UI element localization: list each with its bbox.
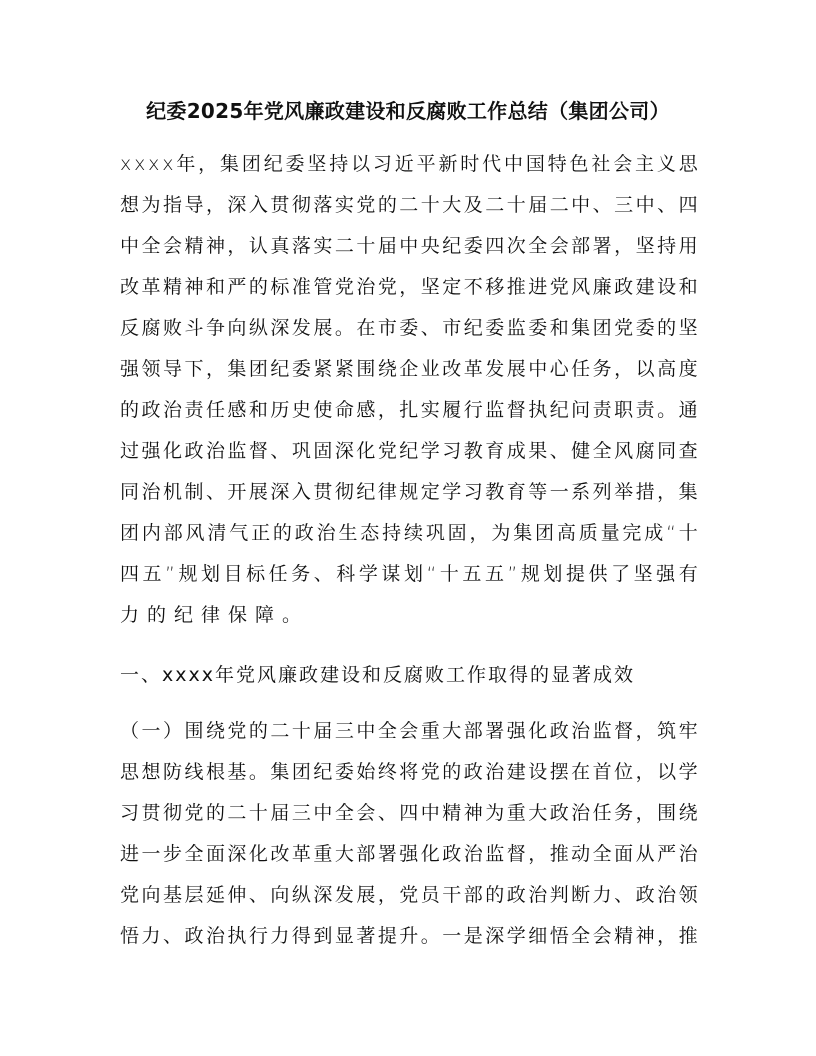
paragraph-line: 进一步全面深化改革重大部署强化政治监督，推动全面从严治 xyxy=(120,839,698,869)
document-title: 纪委2025年党风廉政建设和反腐败工作总结（集团公司） xyxy=(100,96,716,126)
paragraph-line: 思想防线根基。集团纪委始终将党的政治建设摆在首位，以学 xyxy=(120,757,698,787)
paragraph-line: 团内部风清气正的政治生态持续巩固，为集团高质量完成“十 xyxy=(120,518,698,548)
paragraph-line: 党向基层延伸、向纵深发展，党员干部的政治判断力、政治领 xyxy=(120,880,698,910)
paragraph-line: 想为指导，深入贯彻落实党的二十大及二十届二中、三中、四 xyxy=(120,190,698,220)
paragraph-line: 悟力、政治执行力得到显著提升。一是深学细悟全会精神，推 xyxy=(120,921,698,951)
paragraph-line: 四五”规划目标任务、科学谋划“十五五”规划提供了坚强有 xyxy=(120,559,698,589)
paragraph-line: 习贯彻党的二十届三中全会、四中精神为重大政治任务，围绕 xyxy=(120,798,698,828)
document-page: 纪委2025年党风廉政建设和反腐败工作总结（集团公司） xxxx年，集团纪委坚持… xyxy=(0,0,816,1056)
paragraph-line: 强领导下，集团纪委紧紧围绕企业改革发展中心任务，以高度 xyxy=(120,354,698,384)
paragraph-line: xxxx年，集团纪委坚持以习近平新时代中国特色社会主义思 xyxy=(120,149,698,179)
paragraph-line: 同治机制、开展深入贯彻纪律规定学习教育等一系列举措，集 xyxy=(120,477,698,507)
paragraph-line: 反腐败斗争向纵深发展。在市委、市纪委监委和集团党委的坚 xyxy=(120,313,698,343)
paragraph-line: 改革精神和严的标准管党治党，坚定不移推进党风廉政建设和 xyxy=(120,272,698,302)
paragraph-line: 的政治责任感和历史使命感，扎实履行监督执纪问责职责。通 xyxy=(120,395,698,425)
paragraph-line: 过强化政治监督、巩固深化党纪学习教育成果、健全风腐同查 xyxy=(120,436,698,466)
section-heading: 一、xxxx年党风廉政建设和反腐败工作取得的显著成效 xyxy=(120,660,635,690)
paragraph-line: 力的纪律保障。 xyxy=(120,600,698,630)
paragraph-line: （一）围绕党的二十届三中全会重大部署强化政治监督，筑牢 xyxy=(120,716,698,746)
paragraph-line: 中全会精神，认真落实二十届中央纪委四次全会部署，坚持用 xyxy=(120,231,698,261)
